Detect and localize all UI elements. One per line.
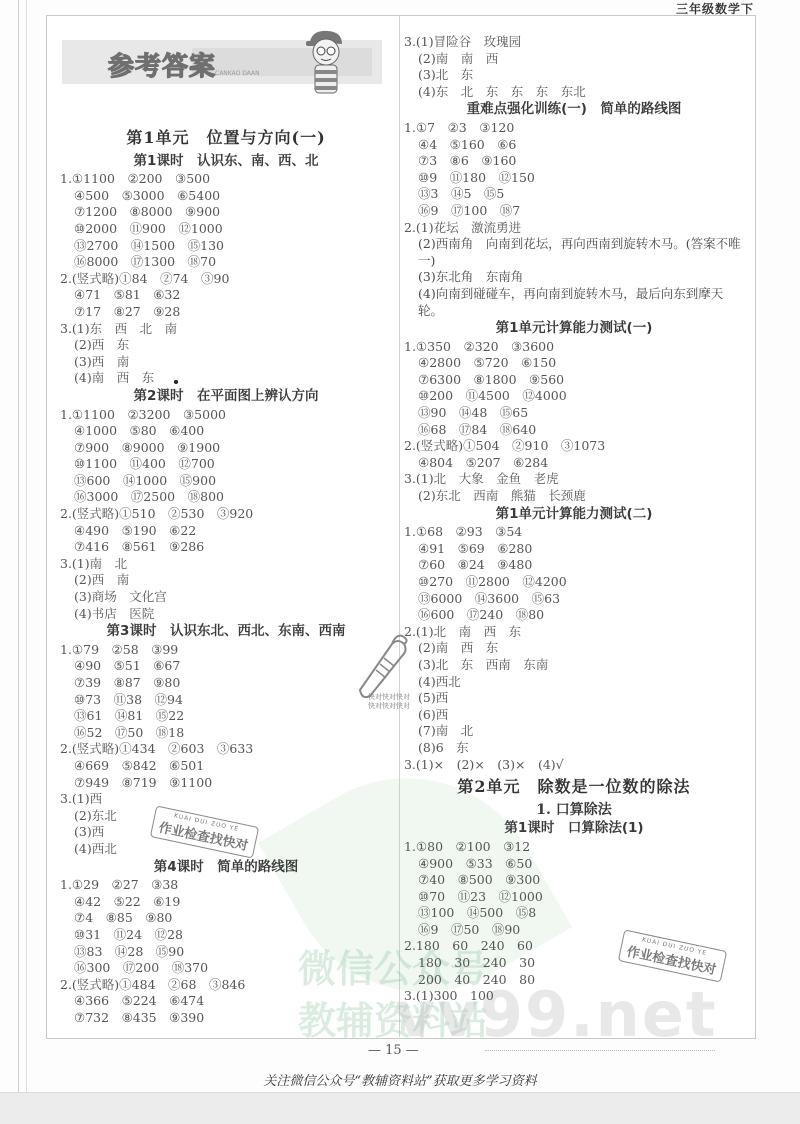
- answer-line: (5)西: [404, 690, 744, 707]
- answer-line: (4)西北: [404, 674, 744, 691]
- answer-line: 2.(竖式略)①484 ②68 ③846: [60, 977, 392, 994]
- answer-line: ⑯9 ⑰100 ⑱7: [404, 203, 744, 220]
- answer-line: ④4 ⑤160 ⑥6: [404, 137, 744, 154]
- answer-line: ⑯3000 ⑰2500 ⑱800: [60, 489, 392, 506]
- answer-line: ④490 ⑤190 ⑥22: [60, 523, 392, 540]
- answer-line: 1.①80 ②100 ③12: [404, 839, 744, 856]
- pencil-sticker-line: 快对快对快对: [368, 693, 410, 702]
- answer-line: 1.①29 ②27 ③38: [60, 877, 392, 894]
- answer-line: ⑬83 ⑭28 ⑮90: [60, 944, 392, 961]
- answer-line: ④669 ⑤842 ⑥501: [60, 758, 392, 775]
- answer-line: (4)东 北 东 东 东 东北: [404, 84, 744, 101]
- answer-line: ⑬6000 ⑭3600 ⑮63: [404, 591, 744, 608]
- answer-line: ⑬2700 ⑭1500 ⑮130: [60, 238, 392, 255]
- answer-line: (3)商场 文化宫: [60, 589, 392, 606]
- answer-line: (4)向南到碰碰车，再向南到旋转木马，最后向东到摩天轮。: [404, 286, 744, 319]
- answer-line: 2.(竖式略)①504 ②910 ③1073: [404, 438, 744, 455]
- answer-line: (3)西 南: [60, 354, 392, 371]
- footer-note: 关注微信公众号“教辅资料站”获取更多学习资料: [0, 1070, 800, 1089]
- drill-title: 重难点强化训练(一) 简单的路线图: [404, 101, 744, 118]
- answer-line: 3.(1)东 西 北 南: [60, 321, 392, 338]
- right-column: 3.(1)冒险谷 玫瑰园 (2)南 南 西 (3)北 东 (4)东 北 东 东 …: [404, 34, 744, 1005]
- answer-line: ④2800 ⑤720 ⑥150: [404, 355, 744, 372]
- answer-line: ⑯300 ⑰200 ⑱370: [60, 960, 392, 977]
- answer-line: ④366 ⑤224 ⑥474: [60, 993, 392, 1010]
- lesson-title: 第2课时 在平面图上辨认方向: [60, 388, 392, 405]
- pencil-sticker-text: 快对快对快对 快对快对快对: [368, 693, 410, 711]
- answer-line: 2.(1)北 南 西 东: [404, 624, 744, 641]
- answer-line: ⑬600 ⑭1000 ⑮900: [60, 473, 392, 490]
- answer-line: ⑩1100 ⑪400 ⑫700: [60, 456, 392, 473]
- binding-rule: [26, 0, 27, 1092]
- ink-dot: [174, 380, 178, 384]
- answer-line: 3.(1)× (2)× (3)× (4)√: [404, 757, 744, 774]
- left-column: 第1单元 位置与方向(一) 第1课时 认识东、南、西、北 1.①1100 ②20…: [60, 128, 392, 1026]
- answer-line: ④71 ⑤81 ⑥32: [60, 287, 392, 304]
- answer-line: 3.(1)南 北: [60, 556, 392, 573]
- answer-line: ⑯68 ⑰84 ⑱640: [404, 422, 744, 439]
- answer-line: 3.(1)西: [60, 791, 392, 808]
- answer-line: ⑬3 ⑭5 ⑮5: [404, 186, 744, 203]
- answer-line: ⑦4 ⑧85 ⑨80: [60, 910, 392, 927]
- answer-line: ⑦40 ⑧500 ⑨300: [404, 872, 744, 889]
- answer-line: 1.①68 ②93 ③54: [404, 524, 744, 541]
- answer-line: ⑯9 ⑰50 ⑱90: [404, 922, 744, 939]
- answer-line: (2)南 南 西: [404, 51, 744, 68]
- answer-line: (6)西: [404, 707, 744, 724]
- test-title: 第1单元计算能力测试(一): [404, 320, 744, 337]
- answer-line: ⑦900 ⑧9000 ⑨1900: [60, 440, 392, 457]
- answer-line: ⑬100 ⑭500 ⑮8: [404, 905, 744, 922]
- lesson-title: 第3课时 认识东北、西北、东南、西南: [60, 623, 392, 640]
- mascot-boy-icon: [302, 28, 350, 96]
- answer-line: ⑯52 ⑰50 ⑱18: [60, 725, 392, 742]
- answer-line: (2)西南角 向南到花坛，再向西南到旋转木马。(答案不唯一): [404, 236, 744, 269]
- test-title: 第1单元计算能力测试(二): [404, 506, 744, 523]
- answer-line: ⑩9 ⑪180 ⑫150: [404, 170, 744, 187]
- answer-line: 3.(1)冒险谷 玫瑰园: [404, 34, 744, 51]
- answer-line: 1.①7 ②3 ③120: [404, 120, 744, 137]
- answer-line: (2)南 西 东: [404, 640, 744, 657]
- lesson-title: 第4课时 简单的路线图: [60, 859, 392, 876]
- binding-rule: [18, 0, 19, 1092]
- answer-line: 2.(竖式略)①84 ②74 ③90: [60, 271, 392, 288]
- answer-line: ⑦6300 ⑧1800 ⑨560: [404, 372, 744, 389]
- answer-line: 2.(1)花坛 激流勇进: [404, 220, 744, 237]
- answer-line: ⑩70 ⑪23 ⑫1000: [404, 889, 744, 906]
- answer-line: 3.(1)300 100: [404, 988, 744, 1005]
- answer-line: ④804 ⑤207 ⑥284: [404, 455, 744, 472]
- answer-line: ④500 ⑤3000 ⑥5400: [60, 188, 392, 205]
- pencil-sticker-line: 快对快对快对: [368, 702, 410, 711]
- answer-line: (2)西 南: [60, 572, 392, 589]
- answer-line: ⑦39 ⑧87 ⑨80: [60, 675, 392, 692]
- answer-line: ④900 ⑤33 ⑥50: [404, 856, 744, 873]
- answer-line: ⑩200 ⑪4500 ⑫4000: [404, 388, 744, 405]
- answer-line: 1.①350 ②320 ③3600: [404, 339, 744, 356]
- section-title: 1. 口算除法: [404, 802, 744, 819]
- lesson-title: 第1课时 认识东、南、西、北: [60, 153, 392, 170]
- dotted-rule: [485, 1050, 715, 1051]
- answer-line: ⑩31 ⑪24 ⑫28: [60, 927, 392, 944]
- answer-line: (3)北 东: [404, 67, 744, 84]
- pencil-sticker-icon: [352, 630, 412, 700]
- answer-line: (2)东北 西南 熊猫 长颈鹿: [404, 488, 744, 505]
- viewer-bottom-bar: [0, 1092, 800, 1124]
- answer-line: (3)北 东 西南 东南: [404, 657, 744, 674]
- answer-line: ⑬90 ⑭48 ⑮65: [404, 405, 744, 422]
- answer-line: ⑦17 ⑧27 ⑨28: [60, 304, 392, 321]
- lesson-title: 第1课时 口算除法(1): [404, 820, 744, 837]
- answer-line: ⑦732 ⑧435 ⑨390: [60, 1010, 392, 1027]
- answer-line: 2.(竖式略)①510 ②530 ③920: [60, 506, 392, 523]
- answer-line: ⑦416 ⑧561 ⑨286: [60, 539, 392, 556]
- page-number: — 15 —: [368, 1043, 419, 1058]
- answer-line: 3.(1)北 大象 金鱼 老虎: [404, 471, 744, 488]
- answer-line: ⑯600 ⑰240 ⑱80: [404, 607, 744, 624]
- answer-line: 1.①79 ②58 ③99: [60, 642, 392, 659]
- answer-line: 1.①1100 ②200 ③500: [60, 171, 392, 188]
- answer-line: 1.①1100 ②3200 ③5000: [60, 407, 392, 424]
- answer-line: ⑩73 ⑪38 ⑫94: [60, 692, 392, 709]
- answer-line: (7)南 北: [404, 723, 744, 740]
- answer-line: (4)南 西 东: [60, 370, 392, 387]
- answer-line: ⑩2000 ⑪900 ⑫1000: [60, 221, 392, 238]
- answer-line: (8)6 东: [404, 740, 744, 757]
- unit-title: 第2单元 除数是一位数的除法: [404, 779, 744, 796]
- answer-line: (2)西 东: [60, 337, 392, 354]
- answer-line: ④90 ⑤51 ⑥67: [60, 658, 392, 675]
- answer-line: 2.(竖式略)①434 ②603 ③633: [60, 741, 392, 758]
- answer-line: (4)书店 医院: [60, 606, 392, 623]
- answer-line: ⑩270 ⑪2800 ⑫4200: [404, 574, 744, 591]
- answer-line: ⑦3 ⑧6 ⑨160: [404, 153, 744, 170]
- answer-line: ④42 ⑤22 ⑥19: [60, 894, 392, 911]
- banner-title: 参考答案: [108, 46, 216, 83]
- banner-pinyin: CANKAO DAAN: [215, 70, 260, 77]
- answer-line: ⑦60 ⑧24 ⑨480: [404, 557, 744, 574]
- answer-line: ④1000 ⑤80 ⑥400: [60, 423, 392, 440]
- answer-line: ⑦949 ⑧719 ⑨1100: [60, 775, 392, 792]
- answer-line: ⑬61 ⑭81 ⑮22: [60, 708, 392, 725]
- answer-line: ⑯8000 ⑰1300 ⑱70: [60, 254, 392, 271]
- answer-line: (3)东北角 东南角: [404, 269, 744, 286]
- answer-line: ⑦1200 ⑧8000 ⑨900: [60, 204, 392, 221]
- unit-title: 第1单元 位置与方向(一): [60, 130, 392, 147]
- answer-line: ④91 ⑤69 ⑥280: [404, 541, 744, 558]
